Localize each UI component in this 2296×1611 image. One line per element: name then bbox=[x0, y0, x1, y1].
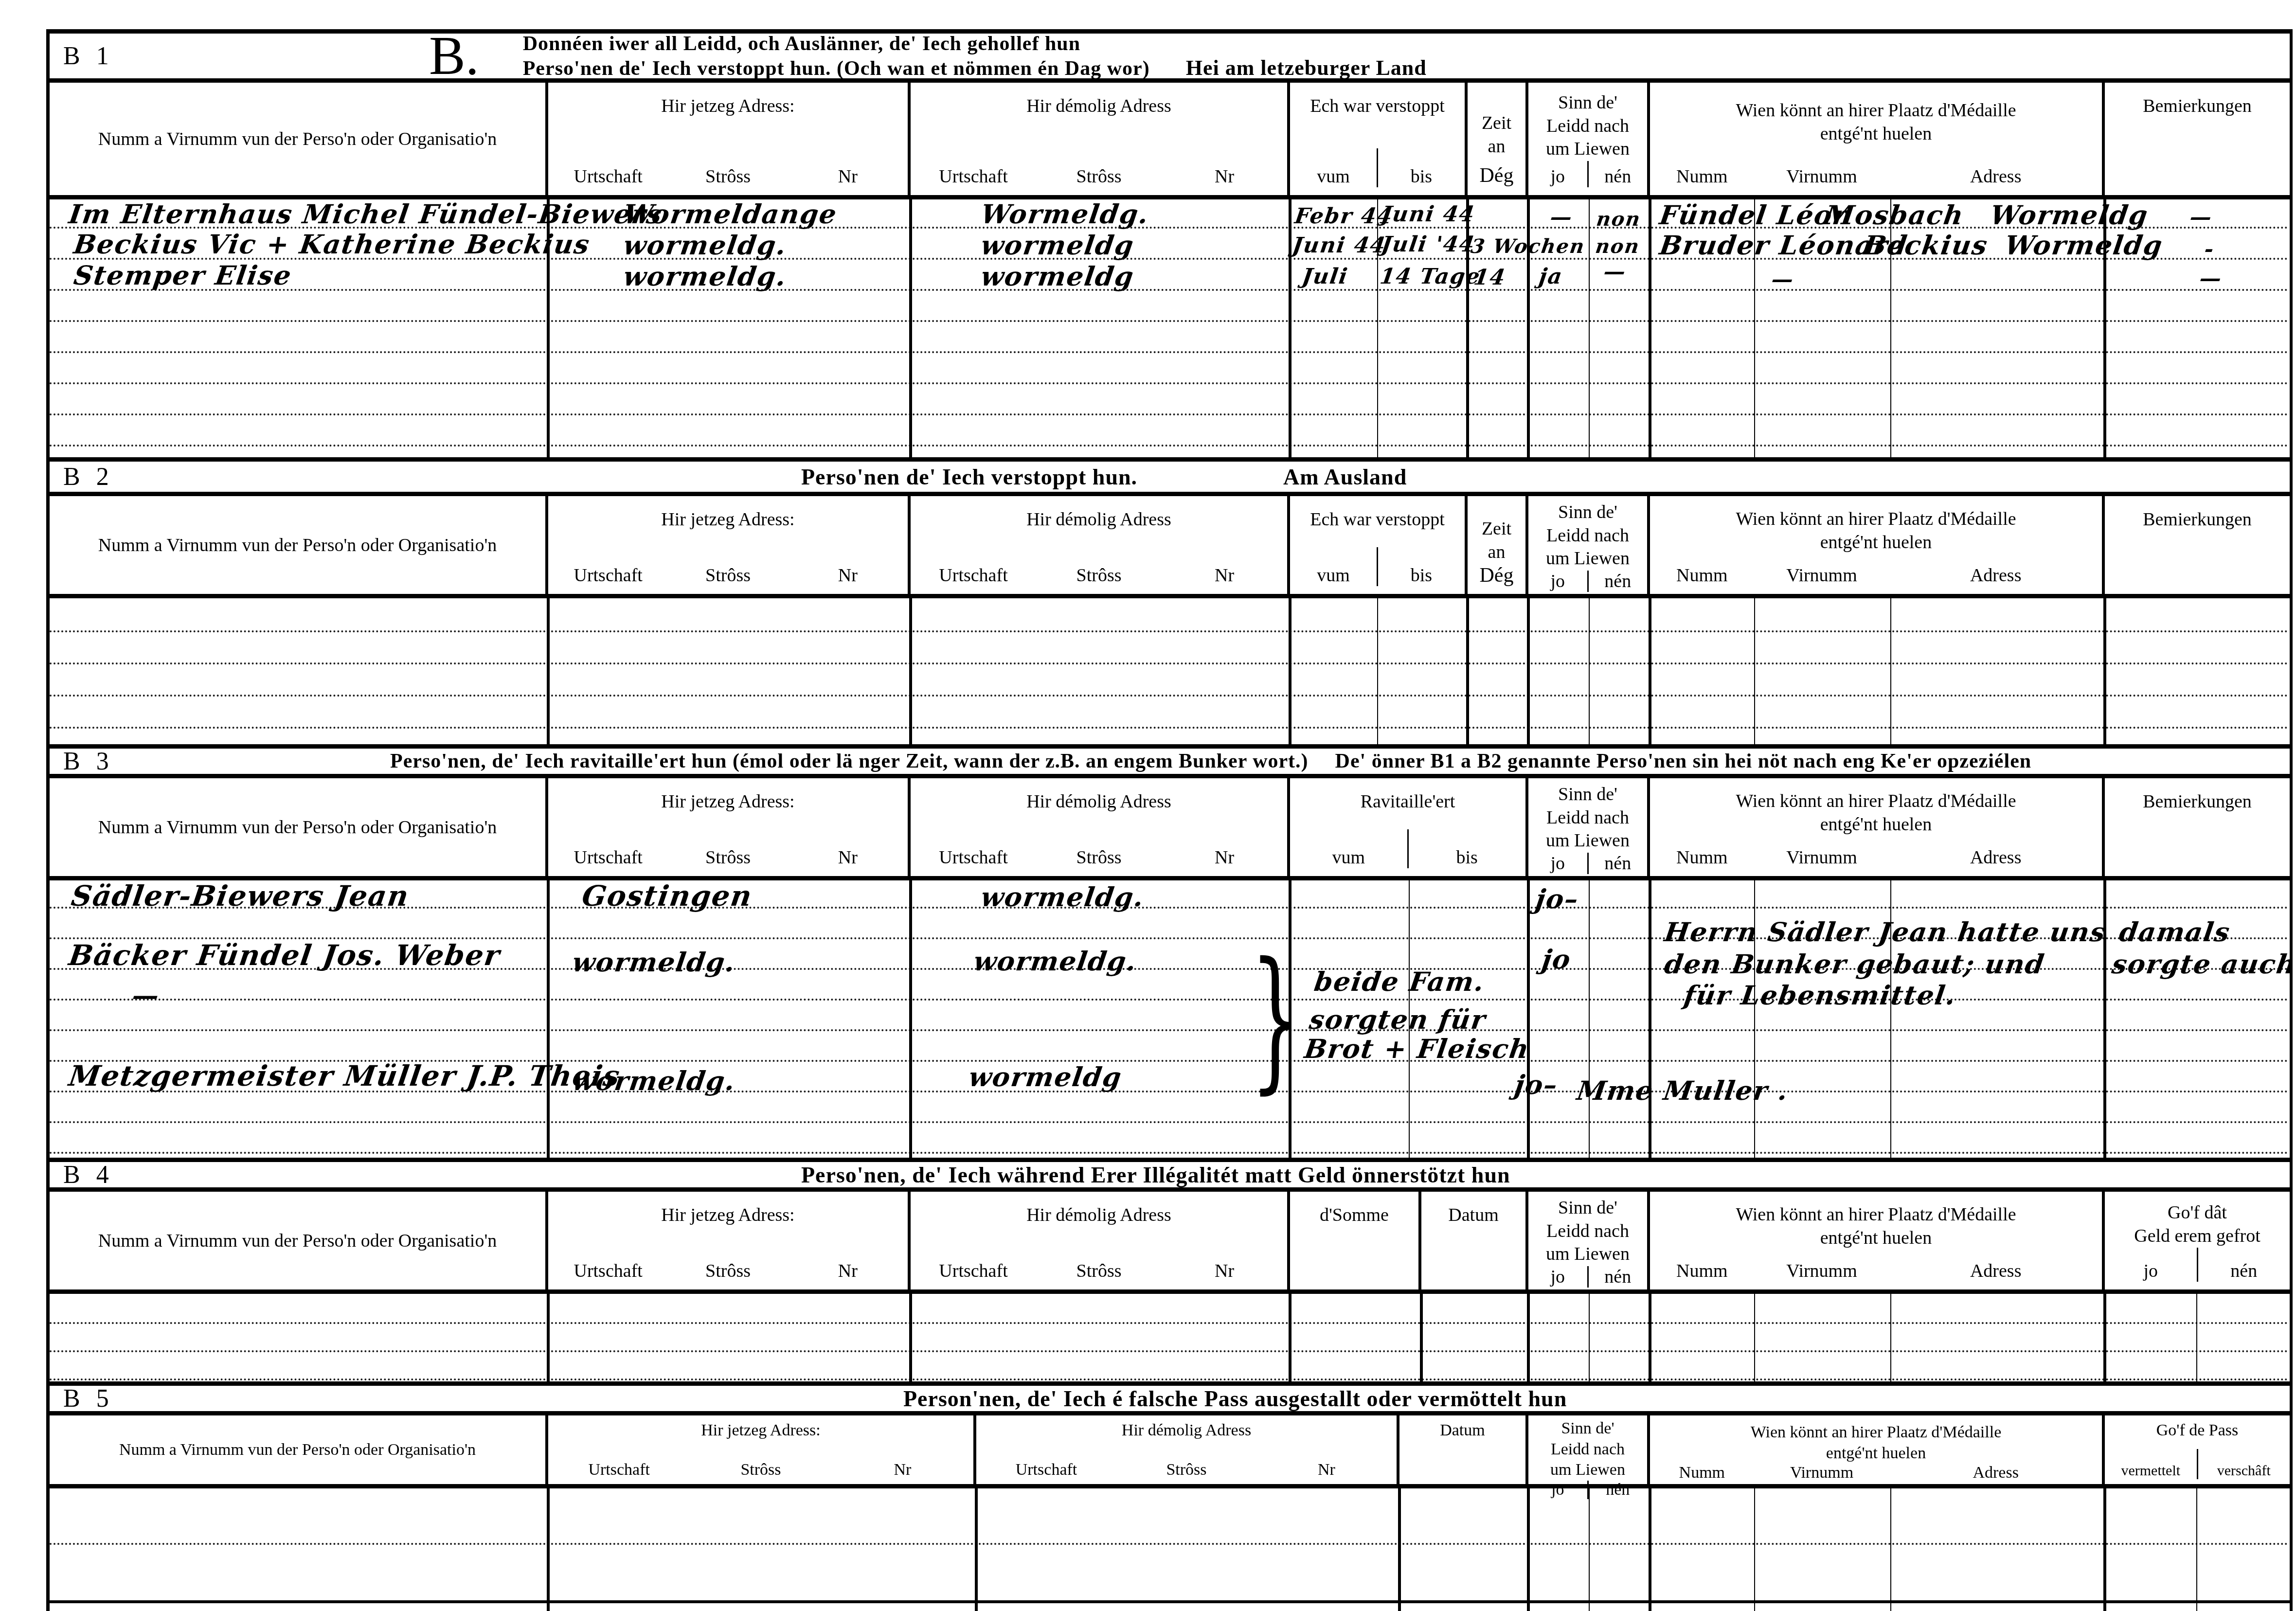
col-name: Numm a Virnumm vun der Perso'n oder Orga… bbox=[50, 1192, 548, 1289]
col-medaille: Wien könnt an hirer Plaatz d'Médaille en… bbox=[1650, 778, 2105, 876]
col-bemierkungen-label: Bemierkungen bbox=[2105, 83, 2290, 117]
sub-deg: Dég bbox=[1468, 564, 1525, 587]
col-medaille-label: Wien könnt an hirer Plaatz d'Médaille en… bbox=[1650, 83, 2102, 145]
b1-r3-name-handwriting: Stemper Elise bbox=[72, 262, 294, 289]
b1-r1-bis-handwriting: Juni 44 bbox=[1380, 203, 1477, 226]
b3-r2-name-handwriting: Bäcker Fündel Jos. Weber bbox=[67, 941, 502, 970]
col-jetzeg: Hir jetzeg Adress: Urtschaft Strôss Nr bbox=[548, 83, 911, 195]
b3-medal-line2-handwriting: den Bunker gebaut; und bbox=[1663, 950, 2046, 978]
section-b5-title-row: B 5 Person'nen, de' Iech é falsche Pass … bbox=[50, 1381, 2290, 1415]
col-ravitailleert-label: Ravitaille'ert bbox=[1290, 778, 1525, 812]
col-somme: d'Somme bbox=[1290, 1192, 1421, 1289]
col-sinn: Sinn de' Leidd nach um Liewen jo nén bbox=[1528, 778, 1650, 876]
sub-adress: Adress bbox=[1889, 847, 2102, 868]
section-b1-title-line2: Perso'nen de' Iech verstoppt hun. (Och w… bbox=[523, 57, 1150, 80]
col-jetzeg: Hir jetzeg Adress: Urtschaft Strôss Nr bbox=[548, 496, 911, 594]
sub-numm: Numm bbox=[1650, 1464, 1754, 1482]
b3-r3-jo-handwriting: jo– bbox=[1513, 1071, 1560, 1099]
sub-virnumm: Virnumm bbox=[1754, 847, 1890, 868]
b1-r3-vum-handwriting: Juli bbox=[1301, 266, 1350, 288]
section-b3-label: B 3 bbox=[63, 747, 114, 776]
sub-verschaft: verschâft bbox=[2197, 1449, 2290, 1479]
col-jetzeg-sub: Urtschaft Strôss Nr bbox=[548, 148, 908, 195]
sub-adress: Adress bbox=[1889, 565, 2102, 586]
sub-numm: Numm bbox=[1650, 565, 1754, 586]
col-gof-pass: Go'f de Pass vermettelt verschâft bbox=[2105, 1415, 2290, 1484]
b1-r3-bemierkungen-handwriting: — bbox=[2198, 268, 2224, 290]
col-jetzeg-label: Hir jetzeg Adress: bbox=[548, 83, 908, 117]
col-sinn-sub: jo nén bbox=[1528, 161, 1647, 196]
b3-r2-jetzeg-handwriting: wormeldg. bbox=[571, 949, 737, 976]
sub-jo: jo bbox=[1528, 166, 1587, 187]
col-datum-label: Datum bbox=[1399, 1415, 1525, 1440]
sub-urtschaft: Urtschaft bbox=[911, 847, 1036, 868]
sub-numm: Numm bbox=[1650, 166, 1754, 187]
section-b3-title-row: B 3 Perso'nen, de' Iech ravitaille'ert h… bbox=[50, 744, 2290, 778]
sub-nen: nén bbox=[1587, 571, 1648, 592]
sub-nen: nén bbox=[2197, 1248, 2290, 1282]
col-bemierkungen-label: Bemierkungen bbox=[2105, 778, 2290, 812]
col-medaille-sub: Numm Virnumm Adress bbox=[1650, 148, 2102, 195]
sub-nen: nén bbox=[1587, 1266, 1648, 1288]
section-b2-title-row: B 2 Perso'nen de' Iech verstoppt hun. Am… bbox=[50, 457, 2290, 496]
sub-bis: bis bbox=[1377, 547, 1465, 586]
b1-r2-name-handwriting: Beckius Vic + Katherine Beckius bbox=[72, 231, 592, 258]
b1-r1-name-handwriting: Im Elternhaus Michel Fündel-Biewers bbox=[67, 200, 664, 228]
sub-nr: Nr bbox=[1256, 1461, 1397, 1479]
b1-r3-nen-handwriting: — bbox=[1602, 261, 1628, 283]
b1-r2-demolig-handwriting: wormeldg bbox=[979, 232, 1136, 259]
col-bemierkungen: Bemierkungen bbox=[2105, 778, 2290, 876]
col-medaille: Wien könnt an hirer Plaatz d'Médaille en… bbox=[1650, 1192, 2105, 1289]
col-zeit-sub: Dég bbox=[1468, 158, 1525, 195]
col-datum-label: Datum bbox=[1421, 1192, 1525, 1226]
b3-r3-name-handwriting: Metzgermeister Müller J.P. Theis bbox=[67, 1061, 622, 1091]
sub-jo: jo bbox=[1528, 1266, 1587, 1288]
col-demolig-label: Hir démolig Adress bbox=[911, 1192, 1287, 1226]
col-name: Numm a Virnumm vun der Perso'n oder Orga… bbox=[50, 496, 548, 594]
col-zeit: Zeit an Dég bbox=[1468, 496, 1528, 594]
b1-r2-nen-handwriting: non bbox=[1594, 236, 1641, 257]
sub-adress: Adress bbox=[1889, 1260, 2102, 1282]
col-verstoppt-sub: vum bis bbox=[1290, 148, 1465, 195]
b1-r3-zeit-handwriting: 14 bbox=[1472, 267, 1507, 289]
section-b5-title: Person'nen, de' Iech é falsche Pass ausg… bbox=[903, 1386, 1567, 1412]
section-b1-title-block: Donnéen iwer all Leidd, och Auslänner, d… bbox=[523, 32, 1427, 80]
section-b1-label: B 1 bbox=[63, 42, 114, 71]
col-jetzeg: Hir jetzeg Adress: Urtschaft Strôss Nr bbox=[548, 1192, 911, 1289]
col-sinn: Sinn de' Leidd nach um Liewen jo nén bbox=[1528, 1192, 1650, 1289]
sub-vum: vum bbox=[1290, 847, 1407, 868]
sub-stross: Strôss bbox=[1036, 565, 1162, 586]
b3-r1-name-handwriting: Sädler-Biewers Jean bbox=[70, 881, 411, 911]
sub-vermettelt: vermettelt bbox=[2105, 1463, 2197, 1479]
sub-urtschaft: Urtschaft bbox=[548, 565, 668, 586]
col-name-label: Numm a Virnumm vun der Perso'n oder Orga… bbox=[50, 778, 545, 876]
b1-r2-medal-adress-handwriting: Wormeldg bbox=[2003, 232, 2165, 259]
b1-r1-medal-adress-handwriting: Wormeldg bbox=[1989, 201, 2150, 229]
sub-jo: jo bbox=[1528, 853, 1587, 874]
col-demolig: Hir démolig Adress Urtschaft Strôss Nr bbox=[911, 83, 1290, 195]
col-medaille: Wien könnt an hirer Plaatz d'Médaille en… bbox=[1650, 496, 2105, 594]
section-b4-header-row: Numm a Virnumm vun der Perso'n oder Orga… bbox=[50, 1192, 2290, 1294]
section-b1-title-row: B 1 B. Donnéen iwer all Leidd, och Auslä… bbox=[50, 29, 2290, 83]
b1-r1-nen-handwriting: non bbox=[1595, 209, 1642, 230]
col-demolig-label: Hir démolig Adress bbox=[911, 83, 1287, 117]
section-b3-header-row: Numm a Virnumm vun der Perso'n oder Orga… bbox=[50, 778, 2290, 880]
sub-virnumm: Virnumm bbox=[1754, 565, 1890, 586]
col-jetzeg-label: Hir jetzeg Adress: bbox=[548, 1415, 973, 1440]
sub-nr: Nr bbox=[832, 1461, 973, 1479]
col-bemierkungen-label: Bemierkungen bbox=[2105, 496, 2290, 530]
sub-stross: Strôss bbox=[668, 565, 788, 586]
form-sheet: B 1 B. Donnéen iwer all Leidd, och Auslä… bbox=[46, 29, 2293, 1611]
b3-medal-line1-handwriting: Herrn Sädler Jean hatte uns bbox=[1663, 918, 2108, 946]
col-sinn: Sinn de' Leidd nach um Liewen jo nén bbox=[1528, 496, 1650, 594]
sub-adress: Adress bbox=[1889, 1464, 2102, 1482]
b3-r2-demolig-handwriting: wormeldg. bbox=[972, 948, 1139, 975]
section-b1-title-line1: Donnéen iwer all Leidd, och Auslänner, d… bbox=[523, 32, 1427, 55]
col-sinn: Sinn de' Leidd nach um Liewen jo nén bbox=[1528, 83, 1650, 195]
section-b2-label: B 2 bbox=[63, 463, 114, 491]
b3-bemierkungen-line1-handwriting: damals bbox=[2117, 918, 2232, 946]
col-datum: Datum bbox=[1421, 1192, 1528, 1289]
col-somme-label: d'Somme bbox=[1290, 1192, 1418, 1226]
b1-r3-bis-handwriting: 14 Tage bbox=[1379, 266, 1482, 288]
sub-stross: Strôss bbox=[668, 166, 788, 187]
b1-r1-jetzeg-handwriting: Wormeldange bbox=[622, 200, 839, 228]
section-b5: B 5 Person'nen, de' Iech é falsche Pass … bbox=[50, 1381, 2290, 1611]
col-gof-geld: Go'f dât Geld erem gefrot jo nén bbox=[2105, 1192, 2290, 1289]
col-verstoppt-label: Ech war verstoppt bbox=[1290, 496, 1465, 530]
b3-medal-line3-handwriting: für Lebensmittel. bbox=[1682, 982, 1958, 1009]
col-jetzeg: Hir jetzeg Adress: Urtschaft Strôss Nr bbox=[548, 1415, 976, 1484]
col-bemierkungen: Bemierkungen bbox=[2105, 496, 2290, 594]
section-b5-header-row: Numm a Virnumm vun der Perso'n oder Orga… bbox=[50, 1415, 2290, 1488]
section-b5-body bbox=[50, 1488, 2290, 1611]
sub-deg: Dég bbox=[1468, 164, 1525, 187]
sub-urtschaft: Urtschaft bbox=[976, 1461, 1116, 1479]
sub-nr: Nr bbox=[1162, 565, 1287, 586]
sub-vum: vum bbox=[1290, 166, 1377, 187]
section-b3: B 3 Perso'nen, de' Iech ravitaille'ert h… bbox=[50, 744, 2290, 1158]
section-b1: B 1 B. Donnéen iwer all Leidd, och Auslä… bbox=[50, 29, 2290, 457]
sub-stross: Strôss bbox=[1036, 1260, 1162, 1282]
section-b2-body bbox=[50, 598, 2290, 744]
sub-nr: Nr bbox=[1162, 166, 1287, 187]
b3-r2-jo-handwriting: jo bbox=[1540, 946, 1573, 973]
sub-bis: bis bbox=[1377, 148, 1465, 187]
section-b3-title-suffix: De' önner B1 a B2 genannte Perso'nen sin… bbox=[1335, 750, 2032, 773]
b3-ravitailleert-brace: } bbox=[1250, 945, 1301, 1093]
b3-ravitailleert-line2-handwriting: sorgten für bbox=[1308, 1006, 1488, 1034]
section-b2-title: Perso'nen de' Iech verstoppt hun. bbox=[801, 464, 1137, 490]
b1-r2-vum-handwriting: Juni 44 bbox=[1291, 234, 1388, 257]
col-jetzeg: Hir jetzeg Adress: Urtschaft Strôss Nr bbox=[548, 778, 911, 876]
sub-urtschaft: Urtschaft bbox=[911, 1260, 1036, 1282]
b1-r3-jetzeg-handwriting: wormeldg. bbox=[622, 263, 789, 290]
sub-numm: Numm bbox=[1650, 847, 1754, 868]
col-name-label: Numm a Virnumm vun der Perso'n oder Orga… bbox=[50, 83, 545, 195]
col-jetzeg-label: Hir jetzeg Adress: bbox=[548, 1192, 908, 1226]
col-jetzeg-label: Hir jetzeg Adress: bbox=[548, 496, 908, 530]
sub-urtschaft: Urtschaft bbox=[911, 565, 1036, 586]
b1-r2-jetzeg-handwriting: wormeldg. bbox=[622, 232, 789, 259]
sub-virnumm: Virnumm bbox=[1754, 1464, 1890, 1482]
b1-r1-bemierkungen-handwriting: — bbox=[2188, 206, 2214, 229]
col-demolig: Hir démolig Adress Urtschaft Strôss Nr bbox=[911, 1192, 1290, 1289]
col-ravitailleert: Ravitaille'ert vum bis bbox=[1290, 778, 1528, 876]
b1-r1-demolig-handwriting: Wormeldg. bbox=[979, 200, 1151, 228]
sub-urtschaft: Urtschaft bbox=[548, 847, 668, 868]
sub-nr: Nr bbox=[788, 847, 908, 868]
sub-stross: Strôss bbox=[668, 847, 788, 868]
col-name: Numm a Virnumm vun der Perso'n oder Orga… bbox=[50, 1415, 548, 1484]
sub-nen: nén bbox=[1587, 161, 1648, 188]
b1-r2-zeit-handwriting: 3 Wochen bbox=[1470, 236, 1586, 257]
b3-bemierkungen-line2-handwriting: sorgte auch bbox=[2110, 950, 2290, 978]
col-sinn: Sinn de' Leidd nach um Liewen jo nén bbox=[1528, 1415, 1650, 1484]
section-b2-header-row: Numm a Virnumm vun der Perso'n oder Orga… bbox=[50, 496, 2290, 598]
b3-ravitailleert-line3-handwriting: Brot + Fleisch bbox=[1303, 1035, 1531, 1063]
section-b1-header-row: Numm a Virnumm vun der Perso'n oder Orga… bbox=[50, 83, 2290, 199]
sub-nr: Nr bbox=[788, 565, 908, 586]
col-medaille: Wien könnt an hirer Plaatz d'Médaille en… bbox=[1650, 83, 2105, 195]
col-demolig-label: Hir démolig Adress bbox=[976, 1415, 1397, 1440]
col-datum: Datum bbox=[1399, 1415, 1528, 1484]
col-name-label: Numm a Virnumm vun der Perso'n oder Orga… bbox=[50, 496, 545, 594]
col-demolig-label: Hir démolig Adress bbox=[911, 778, 1287, 812]
section-b4-title-row: B 4 Perso'nen, de' Iech während Erer Ill… bbox=[50, 1158, 2290, 1192]
col-demolig-label: Hir démolig Adress bbox=[911, 496, 1287, 530]
sub-stross: Strôss bbox=[690, 1461, 831, 1479]
section-b2: B 2 Perso'nen de' Iech verstoppt hun. Am… bbox=[50, 457, 2290, 744]
section-b1-title-suffix: Hei am letzeburger Land bbox=[1186, 56, 1427, 80]
sub-adress: Adress bbox=[1889, 166, 2102, 187]
col-verstoppt: Ech war verstoppt vum bis bbox=[1290, 83, 1468, 195]
b3-r3-medal-handwriting: Mme Muller . bbox=[1575, 1077, 1791, 1105]
section-b3-title: Perso'nen, de' Iech ravitaille'ert hun (… bbox=[390, 750, 1309, 773]
col-demolig-sub: Urtschaft Strôss Nr bbox=[911, 148, 1287, 195]
section-b4-label: B 4 bbox=[63, 1161, 114, 1189]
col-demolig: Hir démolig Adress Urtschaft Strôss Nr bbox=[976, 1415, 1399, 1484]
col-zeit: Zeit an Dég bbox=[1468, 83, 1528, 195]
col-gof-pass-label: Go'f de Pass bbox=[2105, 1415, 2290, 1440]
sub-urtschaft: Urtschaft bbox=[548, 1461, 690, 1479]
section-b4: B 4 Perso'nen, de' Iech während Erer Ill… bbox=[50, 1158, 2290, 1381]
col-verstoppt: Ech war verstoppt vum bis bbox=[1290, 496, 1468, 594]
col-zeit-label: Zeit an bbox=[1468, 83, 1525, 158]
sub-stross: Strôss bbox=[1036, 166, 1162, 187]
sub-nr: Nr bbox=[1162, 847, 1287, 868]
b1-r2-medal-virnumm-handwriting: Beckius bbox=[1862, 232, 1990, 259]
col-bemierkungen: Bemierkungen bbox=[2105, 83, 2290, 195]
sub-nr: Nr bbox=[788, 166, 908, 187]
b1-r1-medal-virnumm-handwriting: Mosbach bbox=[1823, 201, 1966, 229]
sub-nr: Nr bbox=[788, 1260, 908, 1282]
section-b2-title-suffix: Am Ausland bbox=[1283, 464, 1407, 490]
sub-jo: jo bbox=[2105, 1260, 2197, 1282]
sub-stross: Strôss bbox=[1036, 847, 1162, 868]
sub-stross: Strôss bbox=[668, 1260, 788, 1282]
b3-r1-jetzeg-handwriting: Gostingen bbox=[580, 881, 754, 911]
sub-jo: jo bbox=[1528, 571, 1587, 592]
sub-urtschaft: Urtschaft bbox=[911, 166, 1036, 187]
b3-r1-demolig-handwriting: wormeldg. bbox=[979, 883, 1146, 911]
sub-vum: vum bbox=[1290, 565, 1377, 586]
col-medaille: Wien könnt an hirer Plaatz d'Médaille en… bbox=[1650, 1415, 2105, 1484]
b3-r3-jetzeg-handwriting: wormeldg. bbox=[571, 1067, 737, 1095]
col-name: Numm a Virnumm vun der Perso'n oder Orga… bbox=[50, 83, 548, 195]
b3-r3-demolig-handwriting: wormeldg bbox=[967, 1063, 1124, 1091]
col-name-label: Numm a Virnumm vun der Perso'n oder Orga… bbox=[50, 1192, 545, 1289]
b3-r2-underline-mark: — bbox=[130, 982, 161, 1009]
col-jetzeg-label: Hir jetzeg Adress: bbox=[548, 778, 908, 812]
b1-r3-demolig-handwriting: wormeldg bbox=[979, 263, 1136, 290]
sub-urtschaft: Urtschaft bbox=[548, 166, 668, 187]
col-verstoppt-label: Ech war verstoppt bbox=[1290, 83, 1465, 117]
col-name-label: Numm a Virnumm vun der Perso'n oder Orga… bbox=[50, 1415, 545, 1484]
b1-r3-jo-handwriting: ja bbox=[1538, 266, 1564, 288]
b1-r3-medal-handwriting: — bbox=[1770, 268, 1795, 291]
col-sinn-label: Sinn de' Leidd nach um Liewen bbox=[1528, 83, 1647, 161]
sub-nr: Nr bbox=[1162, 1260, 1287, 1282]
sub-nen: nén bbox=[1587, 853, 1648, 874]
sub-numm: Numm bbox=[1650, 1260, 1754, 1282]
b3-ravitailleert-line1-handwriting: beide Fam. bbox=[1312, 968, 1487, 996]
section-b3-body: Sädler-Biewers Jean Gostingen wormeldg. … bbox=[50, 880, 2290, 1158]
col-demolig: Hir démolig Adress Urtschaft Strôss Nr bbox=[911, 778, 1290, 876]
b3-r1-jo-handwriting: jo– bbox=[1534, 885, 1581, 913]
b1-r1-vum-handwriting: Febr 44 bbox=[1293, 205, 1395, 228]
sub-bis: bis bbox=[1407, 829, 1526, 868]
section-b4-body bbox=[50, 1294, 2290, 1381]
section-b1-body: Im Elternhaus Michel Fündel-Biewers Worm… bbox=[50, 199, 2290, 457]
col-demolig: Hir démolig Adress Urtschaft Strôss Nr bbox=[911, 496, 1290, 594]
b1-r2-bis-handwriting: Juli '44 bbox=[1380, 233, 1477, 256]
scanned-form-page: B 1 B. Donnéen iwer all Leidd, och Auslä… bbox=[0, 0, 2296, 1611]
sub-urtschaft: Urtschaft bbox=[548, 1260, 668, 1282]
section-b1-big-letter: B. bbox=[429, 29, 479, 83]
col-name: Numm a Virnumm vun der Perso'n oder Orga… bbox=[50, 778, 548, 876]
b1-r1-jo-handwriting: — bbox=[1549, 206, 1574, 229]
sub-virnumm: Virnumm bbox=[1754, 166, 1890, 187]
sub-stross: Strôss bbox=[1116, 1461, 1256, 1479]
section-b4-title: Perso'nen, de' Iech während Erer Illégal… bbox=[801, 1162, 1510, 1188]
section-b5-label: B 5 bbox=[63, 1384, 114, 1413]
sub-virnumm: Virnumm bbox=[1754, 1260, 1890, 1282]
